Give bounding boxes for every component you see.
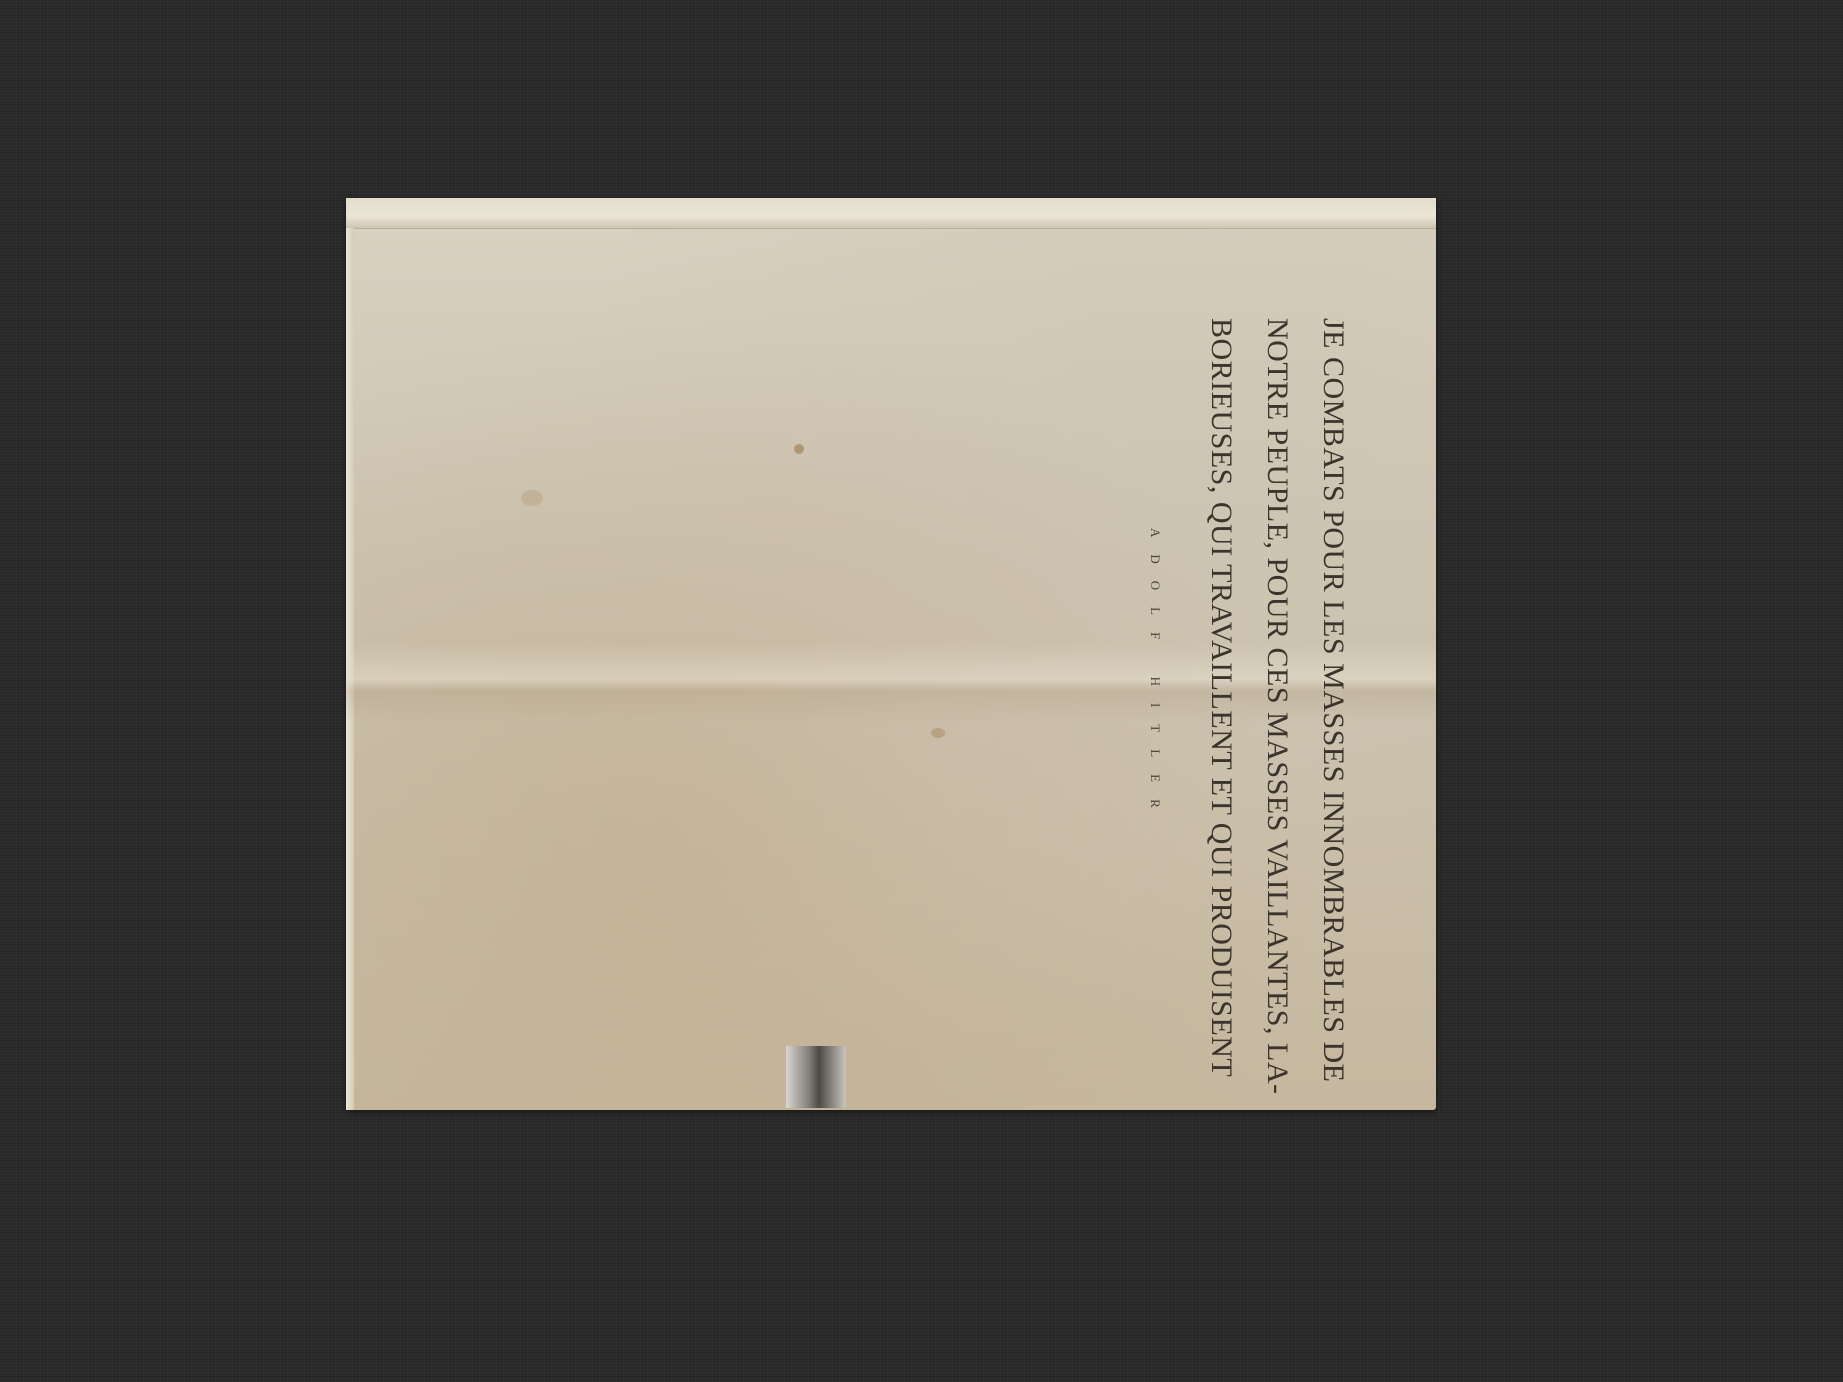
quote-line-1: JE COMBATS POUR LES MASSES INNOMBRABLES …	[1316, 318, 1350, 1082]
stain	[521, 490, 543, 506]
stain	[931, 728, 945, 738]
quote-author: ADOLF HITLER	[1147, 528, 1163, 825]
quote-line-2: NOTRE PEUPLE, POUR CES MASSES VAILLANTES…	[1260, 318, 1294, 1094]
spine-edge	[346, 198, 1436, 229]
stain	[794, 444, 804, 454]
torn-corner	[786, 1046, 846, 1108]
quote-line-3: BORIEUSES, QUI TRAVAILLENT ET QUI PRODUI…	[1204, 318, 1238, 1077]
